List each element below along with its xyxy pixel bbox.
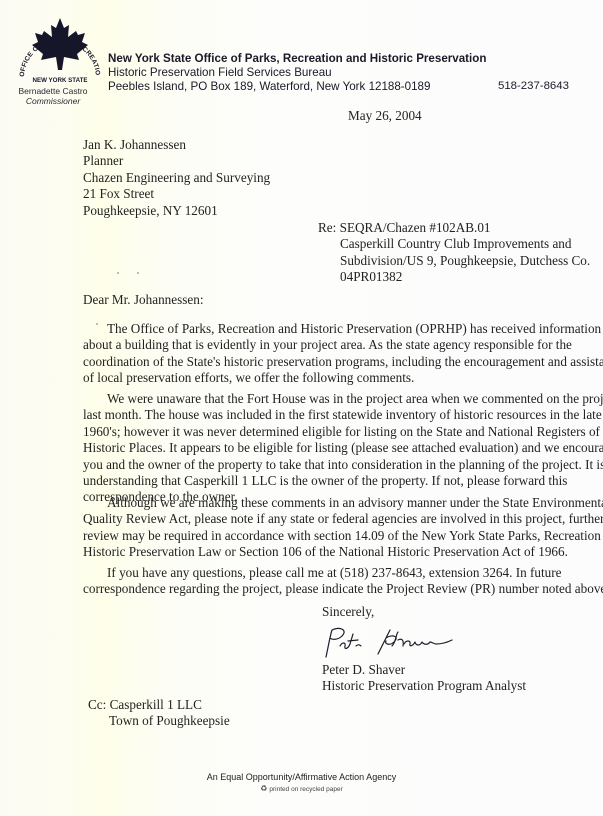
paragraph-line: If you have any questions, please call m… bbox=[83, 565, 583, 581]
scan-speck bbox=[137, 272, 139, 274]
paragraph-line: Historic Preservation Law or Section 106… bbox=[83, 544, 583, 560]
paragraph-line: review may be required in accordance wit… bbox=[83, 528, 583, 544]
signature-icon bbox=[320, 624, 455, 660]
paragraph-line: We were unaware that the Fort House was … bbox=[83, 391, 583, 407]
re-line: Subdivision/US 9, Poughkeepsie, Dutchess… bbox=[318, 253, 590, 269]
body-paragraph: If you have any questions, please call m… bbox=[83, 565, 583, 598]
recycle-icon: ♻ bbox=[260, 784, 267, 793]
body-paragraph: The Office of Parks, Recreation and Hist… bbox=[83, 321, 583, 387]
re-line: Casperkill Country Club Improvements and bbox=[318, 236, 590, 252]
paragraph-line: 1960's; however it was never determined … bbox=[83, 424, 583, 440]
paragraph-line: Quality Review Act, please note if any s… bbox=[83, 511, 583, 527]
cc-line: Town of Poughkeepsie bbox=[88, 713, 230, 729]
paragraph-line: you and the owner of the property to tak… bbox=[83, 457, 583, 473]
recipient-city: Poughkeepsie, NY 12601 bbox=[83, 203, 270, 219]
bureau-name: Historic Preservation Field Services Bur… bbox=[108, 66, 486, 80]
recipient-company: Chazen Engineering and Surveying bbox=[83, 170, 270, 186]
letter-date: May 26, 2004 bbox=[348, 108, 422, 124]
commissioner-block: Bernadette Castro Commissioner bbox=[14, 87, 92, 106]
re-line: Re: SEQRA/Chazen #102AB.01 bbox=[318, 220, 590, 236]
agency-phone: 518-237-8643 bbox=[498, 80, 569, 92]
paragraph-line: correspondence regarding the project, pl… bbox=[83, 581, 583, 597]
paragraph-line: of local preservation efforts, we offer … bbox=[83, 370, 583, 386]
body-paragraph: We were unaware that the Fort House was … bbox=[83, 391, 583, 506]
paragraph-line: understanding that Casperkill 1 LLC is t… bbox=[83, 473, 583, 489]
scan-speck bbox=[117, 272, 119, 274]
paragraph-line: The Office of Parks, Recreation and Hist… bbox=[83, 321, 583, 337]
paragraph-line: Historic Places. It appears to be eligib… bbox=[83, 440, 583, 456]
nys-parks-logo: OFFICE OF PARKS · RECREATION · HISTORIC … bbox=[14, 4, 106, 92]
body-paragraph: Although we are making these comments in… bbox=[83, 495, 583, 561]
recipient-name: Jan K. Johannessen bbox=[83, 137, 270, 153]
svg-text:NEW YORK STATE: NEW YORK STATE bbox=[33, 77, 88, 84]
project-review-number: 04PR01382 bbox=[318, 269, 590, 285]
signer-title: Historic Preservation Program Analyst bbox=[322, 678, 526, 694]
paragraph-line: Although we are making these comments in… bbox=[83, 495, 583, 511]
closing: Sincerely, bbox=[322, 604, 374, 620]
agency-address: Peebles Island, PO Box 189, Waterford, N… bbox=[108, 80, 486, 94]
equal-opportunity-footer: An Equal Opportunity/Affirmative Action … bbox=[0, 772, 603, 782]
signer-block: Peter D. Shaver Historic Preservation Pr… bbox=[322, 662, 526, 695]
signer-name: Peter D. Shaver bbox=[322, 662, 526, 678]
agency-name: New York State Office of Parks, Recreati… bbox=[108, 52, 486, 66]
recipient-street: 21 Fox Street bbox=[83, 186, 270, 202]
paragraph-line: coordination of the State's historic pre… bbox=[83, 354, 583, 370]
recipient-title: Planner bbox=[83, 153, 270, 169]
subject-reference: Re: SEQRA/Chazen #102AB.01 Casperkill Co… bbox=[318, 220, 590, 286]
commissioner-title: Commissioner bbox=[14, 97, 92, 107]
maple-leaf-icon: OFFICE OF PARKS · RECREATION · HISTORIC … bbox=[14, 4, 106, 92]
cc-line: Cc: Casperkill 1 LLC bbox=[88, 697, 230, 713]
recipient-address: Jan K. Johannessen Planner Chazen Engine… bbox=[83, 137, 270, 219]
letterhead: New York State Office of Parks, Recreati… bbox=[108, 52, 486, 94]
recycled-text: printed on recycled paper bbox=[269, 786, 342, 793]
salutation: Dear Mr. Johannessen: bbox=[83, 292, 204, 308]
paragraph-line: last month. The house was included in th… bbox=[83, 407, 583, 423]
recycled-paper-note: ♻printed on recycled paper bbox=[0, 784, 603, 793]
cc-block: Cc: Casperkill 1 LLC Town of Poughkeepsi… bbox=[88, 697, 230, 730]
paragraph-line: about a building that is evidently in yo… bbox=[83, 337, 583, 353]
